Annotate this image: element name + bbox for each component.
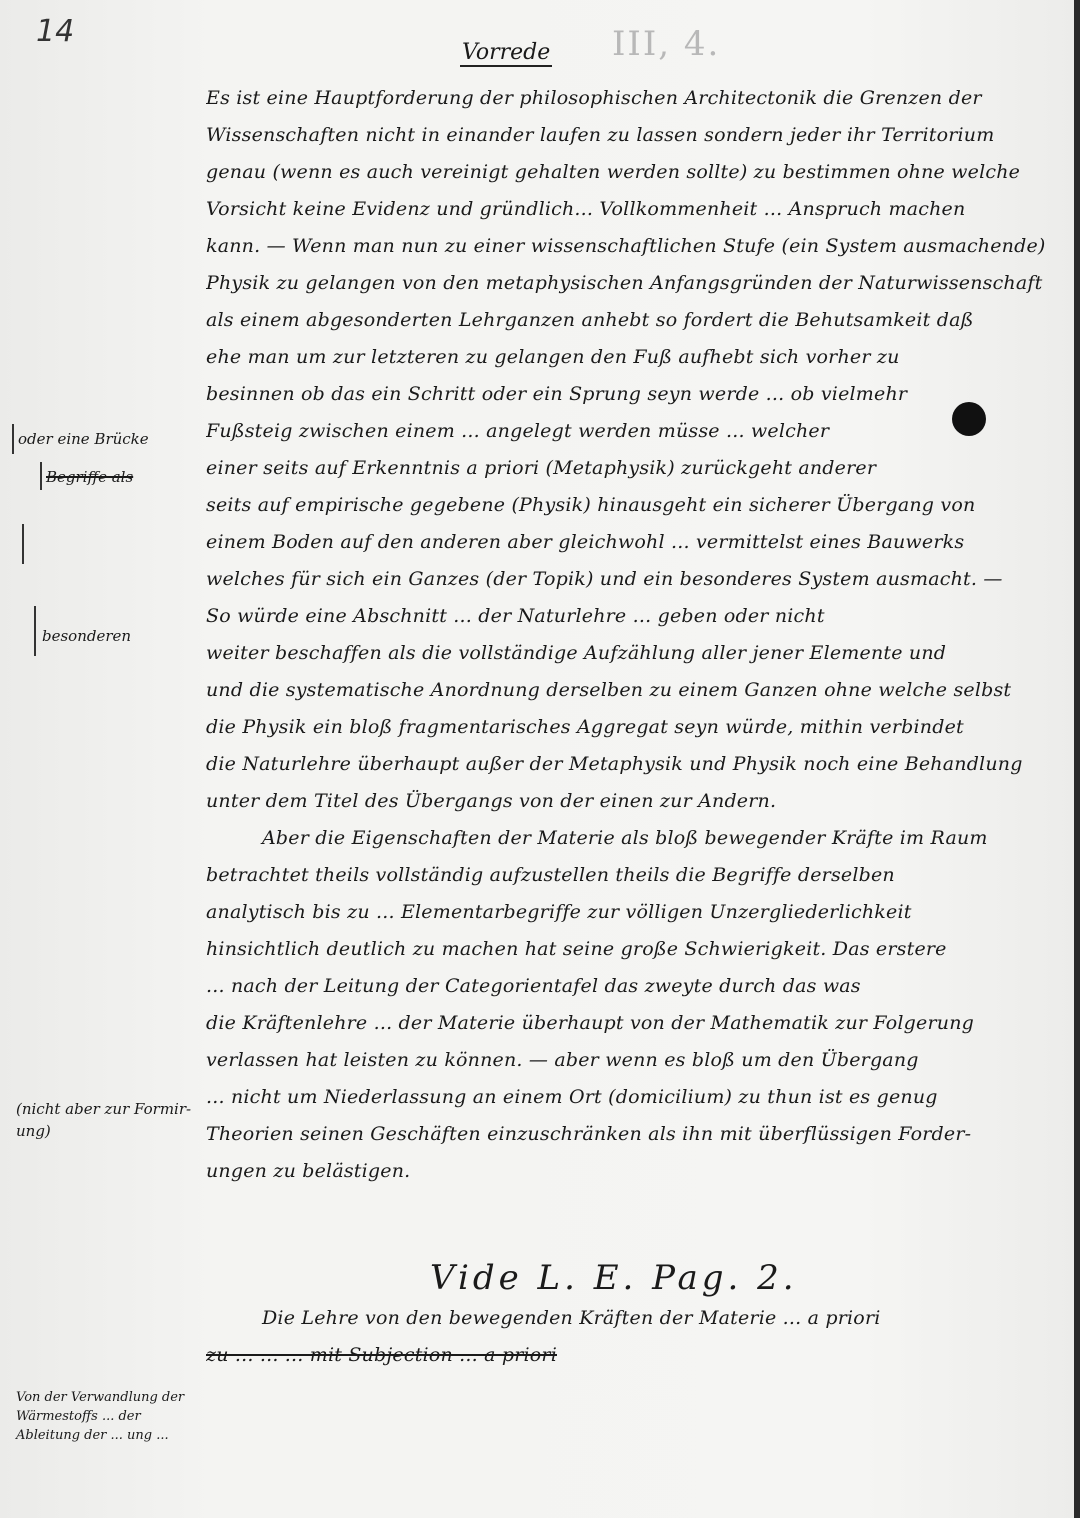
manuscript-line: besinnen ob das ein Schritt oder ein Spr…	[206, 376, 1056, 413]
margin-bar	[22, 524, 24, 564]
manuscript-line: Fußsteig zwischen einem ... angelegt wer…	[206, 413, 1056, 450]
manuscript-line: als einem abgesonderten Lehrganzen anheb…	[206, 302, 1056, 339]
manuscript-line: ... nicht um Niederlassung an einem Ort …	[206, 1079, 1056, 1116]
ink-blot	[952, 402, 986, 436]
manuscript-line: So würde eine Abschnitt ... der Naturleh…	[206, 598, 1056, 635]
manuscript-line: die Kräftenlehre ... der Materie überhau…	[206, 1005, 1056, 1042]
manuscript-line: die Naturlehre überhaupt außer der Metap…	[206, 746, 1056, 783]
manuscript-line: einem Boden auf den anderen aber gleichw…	[206, 524, 1056, 561]
manuscript-line: genau (wenn es auch vereinigt gehalten w…	[206, 154, 1056, 191]
manuscript-line: und die systematische Anordnung derselbe…	[206, 672, 1056, 709]
manuscript-line: ehe man um zur letzteren zu gelangen den…	[206, 339, 1056, 376]
page-edge	[1074, 0, 1080, 1518]
margin-bar	[12, 424, 14, 454]
manuscript-line: ungen zu belästigen.	[206, 1153, 1056, 1190]
manuscript-line: Physik zu gelangen von den metaphysische…	[206, 265, 1056, 302]
manuscript-body: Es ist eine Hauptforderung der philosoph…	[206, 80, 1056, 1190]
manuscript-line: hinsichtlich deutlich zu machen hat sein…	[206, 931, 1056, 968]
manuscript-line: unter dem Titel des Übergangs von der ei…	[206, 783, 1056, 820]
manuscript-line: Aber die Eigenschaften der Materie als b…	[206, 820, 1056, 857]
manuscript-line: analytisch bis zu ... Elementarbegriffe …	[206, 894, 1056, 931]
margin-bar	[40, 462, 42, 490]
manuscript-line: ... nach der Leitung der Categorientafel…	[206, 968, 1056, 1005]
margin-note: (nicht aber zur Formir-ung)	[16, 1098, 196, 1142]
manuscript-line: betrachtet theils vollständig aufzustell…	[206, 857, 1056, 894]
manuscript-line: Es ist eine Hauptforderung der philosoph…	[206, 80, 1056, 117]
manuscript-line: weiter beschaffen als die vollständige A…	[206, 635, 1056, 672]
manuscript-line: kann. — Wenn man nun zu einer wissenscha…	[206, 228, 1056, 265]
closing-line-struck: zu ... ... ... mit Subjection ... a prio…	[206, 1337, 1066, 1374]
manuscript-line: seits auf empirische gegebene (Physik) h…	[206, 487, 1056, 524]
manuscript-line: Wissenschaften nicht in einander laufen …	[206, 117, 1056, 154]
closing-line: Die Lehre von den bewegenden Kräften der…	[206, 1300, 1066, 1337]
manuscript-line: die Physik ein bloß fragmentarisches Agg…	[206, 709, 1056, 746]
margin-note: Von der Verwandlung der Wärmestoffs ... …	[16, 1388, 191, 1445]
manuscript-line: verlassen hat leisten zu können. — aber …	[206, 1042, 1056, 1079]
closing-block: Die Lehre von den bewegenden Kräften der…	[206, 1300, 1066, 1374]
margin-note: besonderen	[42, 625, 162, 647]
margin-note: oder eine Brücke	[18, 428, 178, 450]
margin-bar	[34, 606, 36, 656]
manuscript-page: 14 III, 4. Vorrede Es ist eine Hauptford…	[0, 0, 1080, 1518]
vide-reference: Vide L. E. Pag. 2.	[430, 1258, 798, 1298]
manuscript-line: einer seits auf Erkenntnis a priori (Met…	[206, 450, 1056, 487]
manuscript-line: Theorien seinen Geschäften einzuschränke…	[206, 1116, 1056, 1153]
manuscript-line: Vorsicht keine Evidenz und gründlich... …	[206, 191, 1056, 228]
manuscript-line: welches für sich ein Ganzes (der Topik) …	[206, 561, 1056, 598]
archive-mark: III, 4.	[612, 24, 720, 64]
page-number: 14	[36, 14, 74, 49]
page-heading: Vorrede	[460, 40, 552, 67]
margin-note-struck: Begriffe als	[46, 466, 166, 488]
